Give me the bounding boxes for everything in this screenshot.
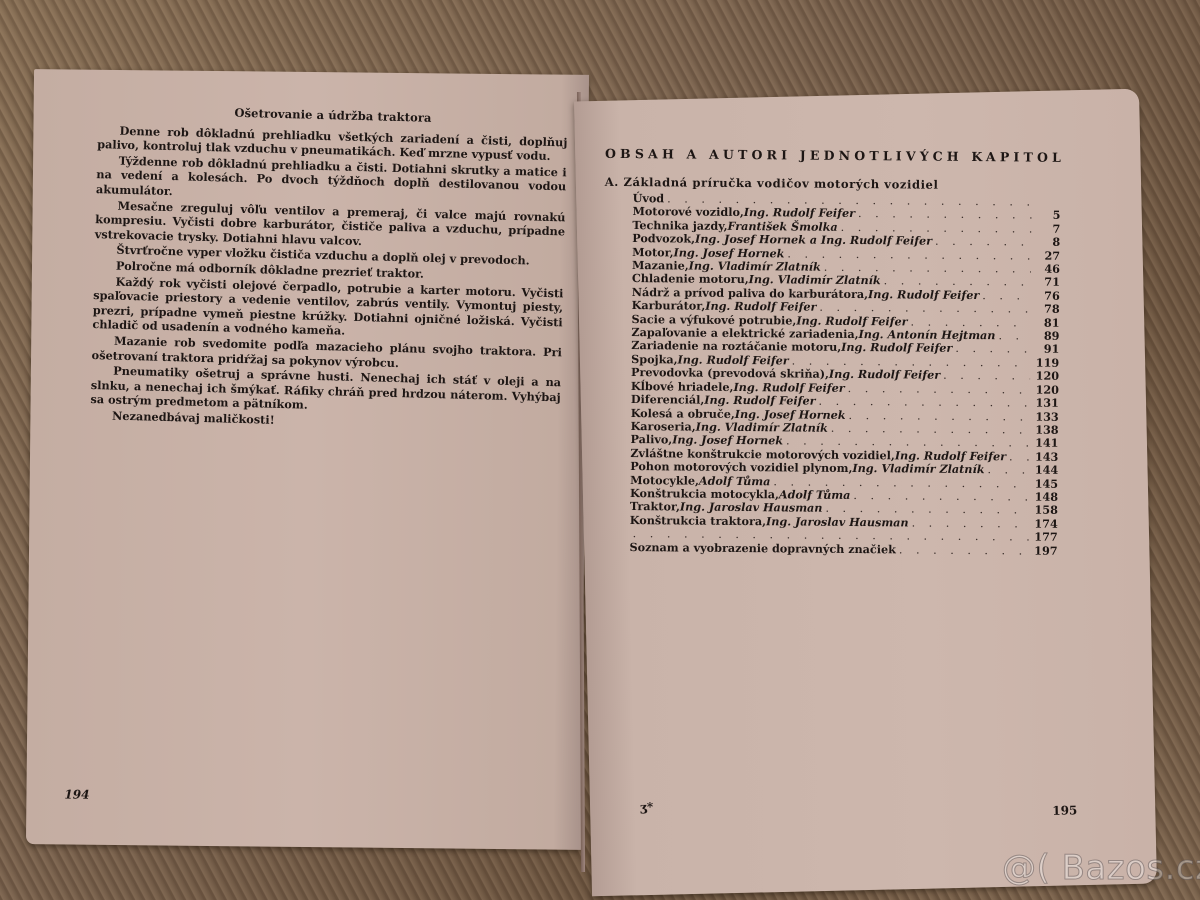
toc-entry-page: 197 [1031, 544, 1057, 558]
toc-entry-page: 120 [1033, 370, 1059, 384]
left-book-page: Ošetrovanie a údržba traktora Denne rob … [26, 69, 589, 850]
toc-entry-title: Podvozok, [632, 232, 695, 246]
toc-entry-title: Palivo, [630, 433, 672, 447]
toc-leader-dots [899, 543, 1029, 558]
toc-entry-title: Konštrukcia traktora, [630, 514, 766, 529]
toc-entry-title: Soznam a vyobrazenie dopravných značiek [630, 541, 896, 557]
table-of-contents: OBSAH A AUTORI JEDNOTLIVÝCH KAPITOL A. Z… [602, 146, 1061, 558]
toc-leader-dots [1009, 450, 1029, 464]
toc-leader-dots [935, 235, 1031, 249]
toc-leader-dots [987, 463, 1029, 477]
toc-entry-page: 158 [1032, 504, 1058, 518]
toc-entry-author: Ing. Jaroslav Hausman [766, 515, 909, 530]
toc-entry-author: Ing. Rudolf Feifer [841, 341, 952, 355]
toc-leader-dots [955, 342, 1030, 356]
paragraph-yearly: Každý rok vyčisti olejové čerpadlo, potr… [92, 274, 563, 345]
toc-list: Úvod Motorové vozidlo, Ing. Rudolf Feife… [630, 192, 1061, 558]
printer-signature-mark: ʒ* [640, 800, 653, 814]
right-book-page: OBSAH A AUTORI JEDNOTLIVÝCH KAPITOL A. Z… [574, 89, 1157, 897]
toc-leader-dots [943, 369, 1030, 383]
toc-entry-page: 141 [1032, 437, 1058, 451]
left-page-text: Ošetrovanie a údržba traktora Denne rob … [90, 102, 568, 436]
toc-entry-page: 5 [1034, 209, 1060, 223]
toc-entry-page: 7 [1034, 222, 1060, 236]
toc-entry-page: 8 [1034, 236, 1060, 250]
toc-heading: OBSAH A AUTORI JEDNOTLIVÝCH KAPITOL [605, 146, 1060, 165]
toc-entry-author: Ing. Rudolf Feifer [829, 368, 940, 382]
toc-entry: Soznam a vyobrazenie dopravných značiek1… [630, 541, 1058, 558]
toc-entry-page: 71 [1034, 276, 1060, 290]
toc-leader-dots [998, 329, 1030, 343]
toc-entry-author: Ing. Rudolf Feifer [868, 288, 979, 302]
page-number-right: 195 [1052, 803, 1077, 818]
toc-entry-title: Diferenciál, [631, 393, 705, 407]
toc-leader-dots [912, 516, 1029, 530]
bazos-watermark: @( Bazos.cz [1002, 848, 1200, 888]
toc-entry-page: 177 [1032, 531, 1058, 545]
toc-leader-dots [982, 289, 1031, 303]
toc-section-title: A. Základná príručka vodičov motorých vo… [605, 175, 1060, 193]
page-number-left: 194 [64, 787, 89, 801]
toc-entry-page: 144 [1032, 464, 1058, 478]
toc-entry-page: 78 [1034, 303, 1060, 317]
toc-entry-page: 131 [1033, 397, 1059, 411]
toc-entry-author: Ing. Vladimír Zlatník [852, 462, 984, 477]
